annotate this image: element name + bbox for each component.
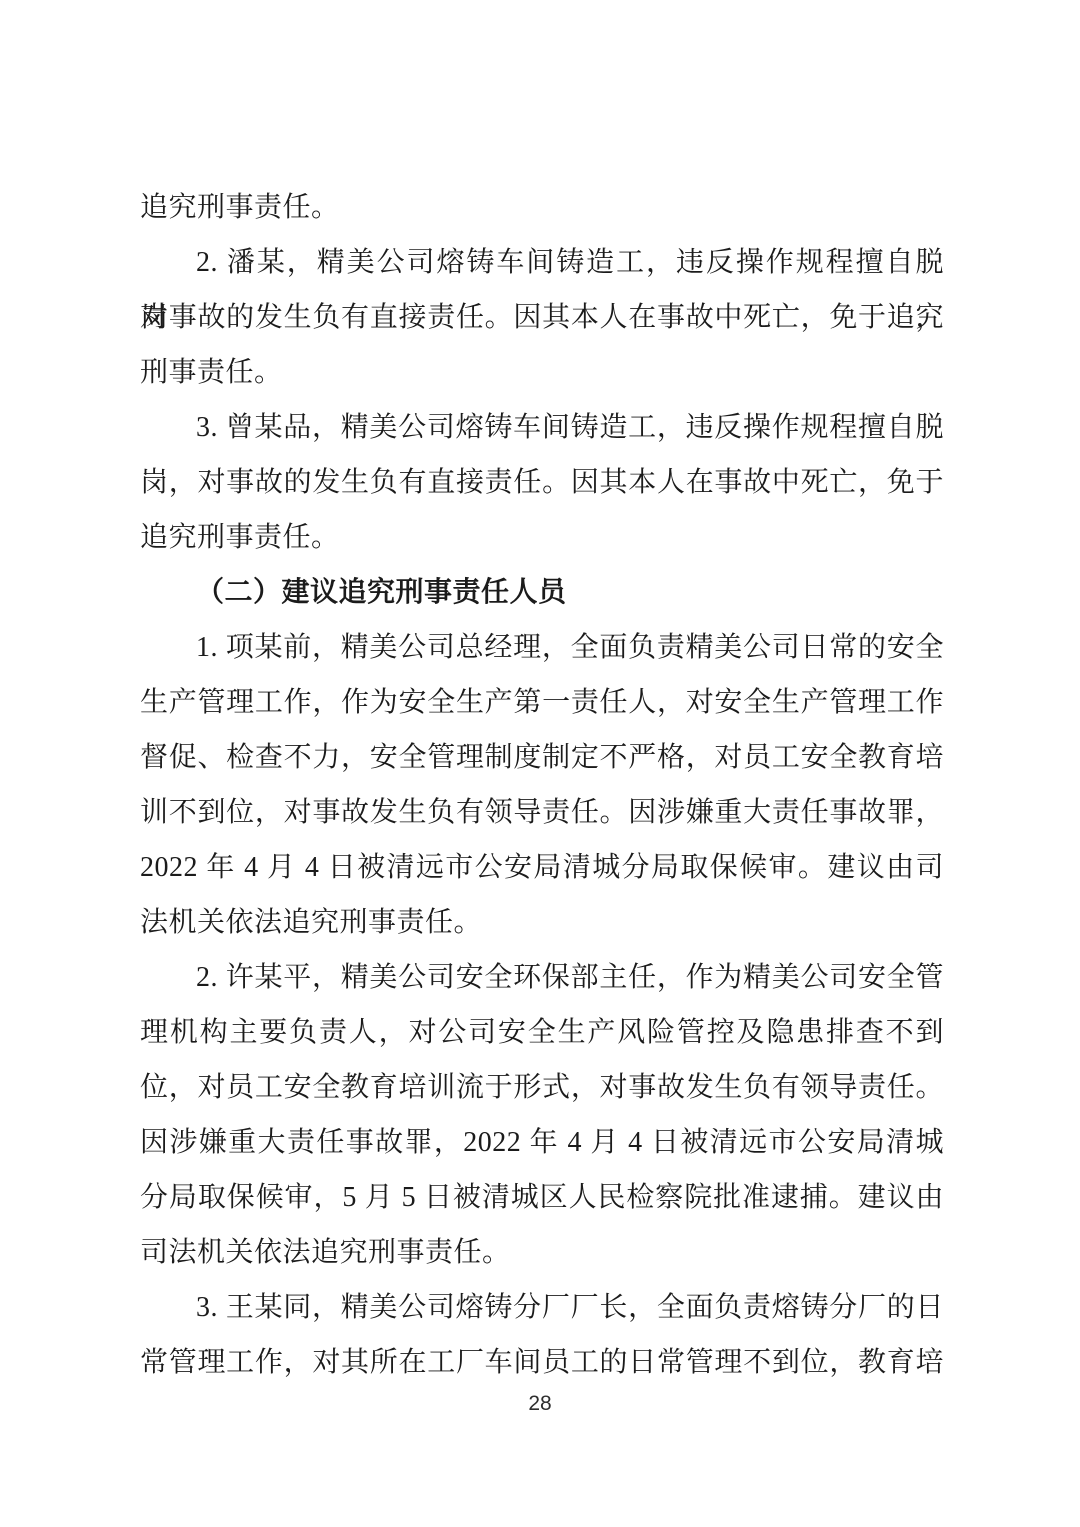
- section-heading: （二）建议追究刑事责任人员: [140, 565, 944, 620]
- text-line: 位，对员工安全教育培训流于形式，对事故发生负有领导责任。: [140, 1060, 944, 1115]
- text-line: 追究刑事责任。: [140, 510, 944, 565]
- page-footer: 28: [0, 1392, 1080, 1416]
- text-line: 刑事责任。: [140, 345, 944, 400]
- text-line: 对事故的发生负有直接责任。因其本人在事故中死亡，免于追究: [140, 290, 944, 345]
- document-body: 追究刑事责任。 2. 潘某，精美公司熔铸车间铸造工，违反操作规程擅自脱岗， 对事…: [140, 180, 944, 1390]
- text-line: 2. 许某平，精美公司安全环保部主任，作为精美公司安全管: [140, 950, 944, 1005]
- text-line: 常管理工作，对其所在工厂车间员工的日常管理不到位，教育培: [140, 1335, 944, 1390]
- text-line: 督促、检查不力，安全管理制度制定不严格，对员工安全教育培: [140, 730, 944, 785]
- text-line: 3. 王某同，精美公司熔铸分厂厂长，全面负责熔铸分厂的日: [140, 1280, 944, 1335]
- text-line: 2. 潘某，精美公司熔铸车间铸造工，违反操作规程擅自脱岗，: [140, 235, 944, 290]
- text-line: 1. 项某前，精美公司总经理，全面负责精美公司日常的安全: [140, 620, 944, 675]
- document-page: 追究刑事责任。 2. 潘某，精美公司熔铸车间铸造工，违反操作规程擅自脱岗， 对事…: [0, 0, 1080, 1527]
- text-line: 2022 年 4 月 4 日被清远市公安局清城分局取保候审。建议由司: [140, 840, 944, 895]
- text-line: 追究刑事责任。: [140, 180, 944, 235]
- text-line: 理机构主要负责人，对公司安全生产风险管控及隐患排查不到: [140, 1005, 944, 1060]
- text-line: 分局取保候审，5 月 5 日被清城区人民检察院批准逮捕。建议由: [140, 1170, 944, 1225]
- text-line: 因涉嫌重大责任事故罪，2022 年 4 月 4 日被清远市公安局清城: [140, 1115, 944, 1170]
- page-number: 28: [528, 1392, 551, 1415]
- text-line: 3. 曾某品，精美公司熔铸车间铸造工，违反操作规程擅自脱: [140, 400, 944, 455]
- text-line: 法机关依法追究刑事责任。: [140, 895, 944, 950]
- text-line: 训不到位，对事故发生负有领导责任。因涉嫌重大责任事故罪，: [140, 785, 944, 840]
- text-line: 生产管理工作，作为安全生产第一责任人，对安全生产管理工作: [140, 675, 944, 730]
- text-line: 岗，对事故的发生负有直接责任。因其本人在事故中死亡，免于: [140, 455, 944, 510]
- text-line: 司法机关依法追究刑事责任。: [140, 1225, 944, 1280]
